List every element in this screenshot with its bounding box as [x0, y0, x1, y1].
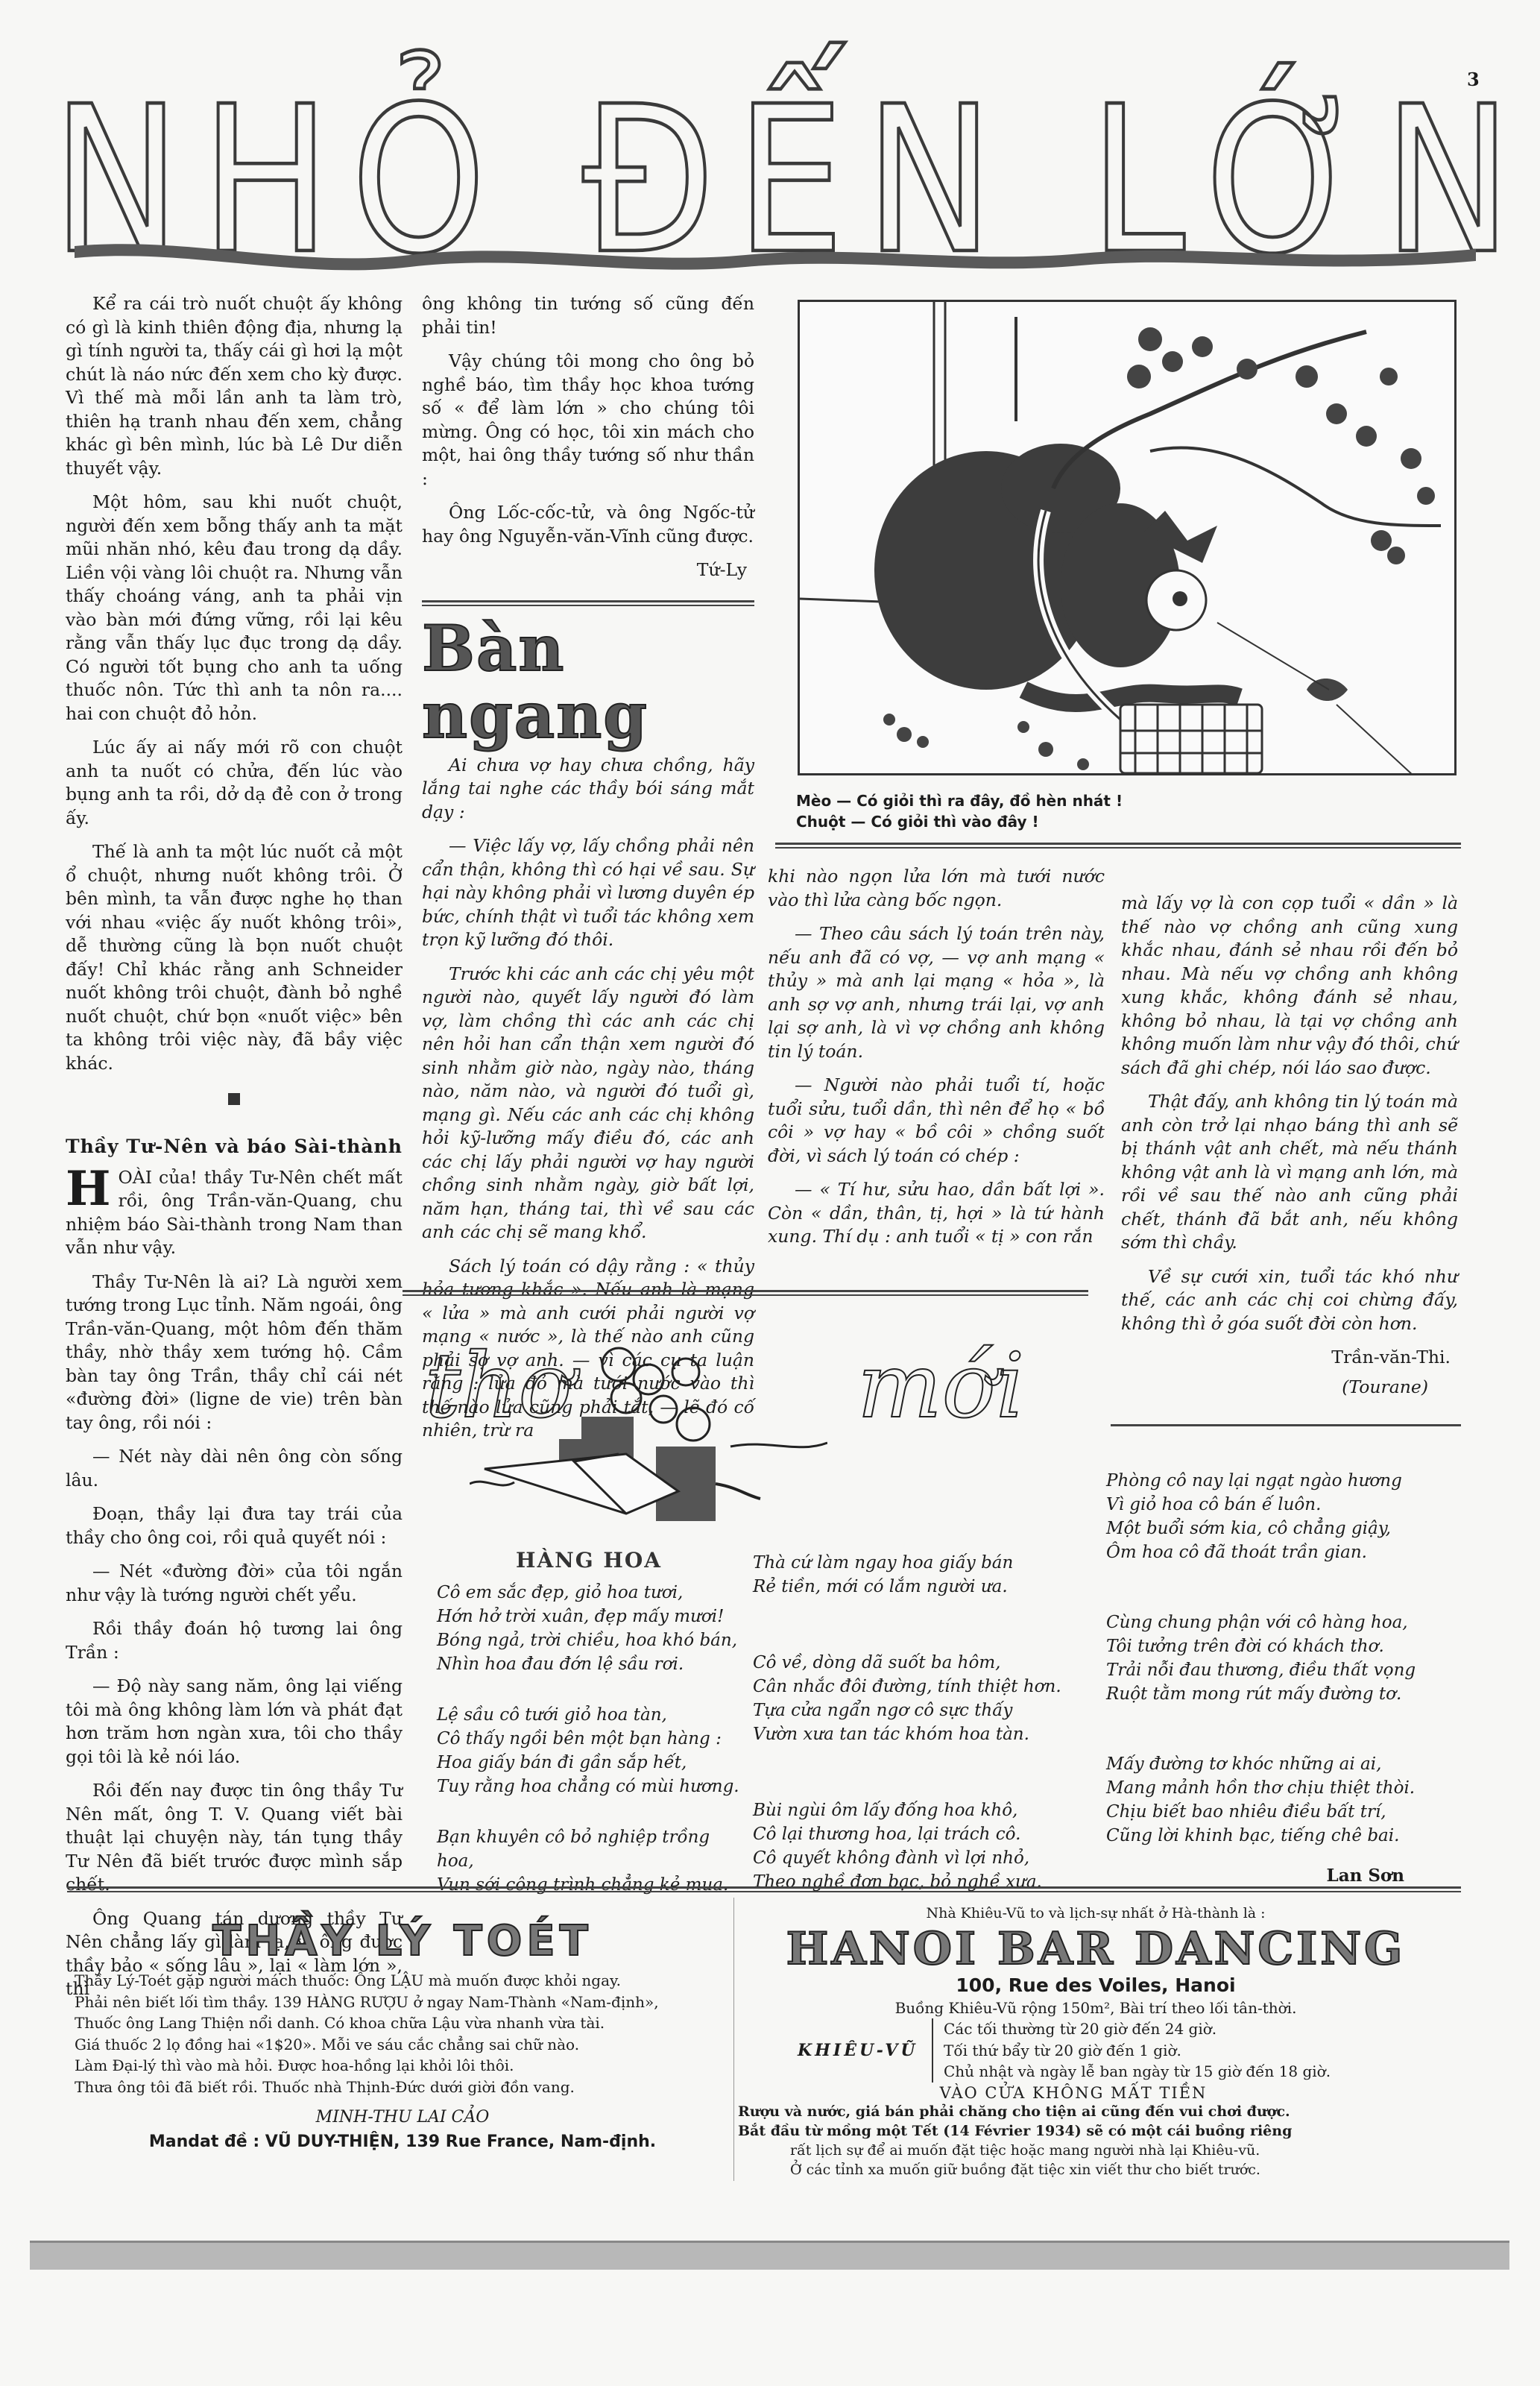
page-bottom-edge	[30, 2241, 1509, 2270]
poem-column-1: Cô em sắc đẹp, giỏ hoa tươi, Hớn hở trời…	[437, 1581, 750, 1924]
article-paragraph: — « Tí hư, sửu hao, dần bất lợi ». Còn «…	[768, 1178, 1105, 1249]
cat-mouse-illustration	[798, 300, 1457, 775]
ad-schedule: KHIÊU-VŨ Các tối thường từ 20 giờ đến 24…	[798, 2018, 1454, 2083]
article-paragraph: Trước khi các anh các chị yêu một người …	[422, 963, 754, 1244]
ad-ly-toet: THẦY LÝ TOÉT Thầy Lý-Toét gặp người mách…	[75, 1916, 730, 2151]
article-paragraph: Một hôm, sau khi nuốt chuột, người đến x…	[66, 491, 403, 725]
ads-vertical-divider	[733, 1898, 734, 2181]
ad-title: THẦY LÝ TOÉT	[75, 1916, 730, 1967]
ad-room: Buồng Khiêu-Vũ rộng 150m², Bài trí theo …	[738, 1998, 1454, 2019]
ad-address: 100, Rue des Voiles, Hanoi	[738, 1974, 1454, 1998]
column-2: ông không tin tướng số cũng đến phải tin…	[422, 292, 754, 1453]
stanza: Bùi ngùi ôm lấy đống hoa khô, Cô lại thư…	[753, 1798, 1096, 1894]
stanza: Phòng cô nay lại ngạt ngào hương Vì giỏ …	[1106, 1469, 1449, 1564]
article-paragraph: Thế là anh ta một lúc nuốt cả một ổ chuộ…	[66, 840, 403, 1075]
poem-column-2: Thà cứ làm ngay hoa giấy bán Rẻ tiền, mớ…	[753, 1551, 1096, 1921]
cat-icon	[800, 302, 1454, 773]
article-paragraph: Đoạn, thầy lại đưa tay trái của thầy cho…	[66, 1502, 403, 1549]
masthead-wave-divider	[75, 239, 1476, 271]
article-title: Thầy Tư-Nên và báo Sài-thành	[66, 1135, 403, 1159]
stanza: Cô em sắc đẹp, giỏ hoa tươi, Hớn hở trời…	[437, 1581, 750, 1676]
drop-cap: H	[66, 1169, 110, 1209]
article-paragraph: Rồi thầy đoán hộ tương lai ông Trần :	[66, 1617, 403, 1664]
caption-line-cat: Mèo — Có giỏi thì ra đây, đồ hèn nhát !	[796, 790, 1452, 811]
article-paragraph: khi nào ngọn lửa lớn mà tưới nước vào th…	[768, 865, 1105, 912]
section-divider	[422, 600, 754, 606]
article-paragraph: — Nét «đường đời» của tôi ngắn như vậy l…	[66, 1560, 403, 1607]
section-divider	[403, 1290, 1088, 1296]
schedule-label: KHIÊU-VŨ	[798, 2041, 932, 2060]
article-paragraph: — Việc lấy vợ, lấy chồng phải nên cẩn th…	[422, 834, 754, 952]
article-paragraph: Lúc ấy ai nấy mới rõ con chuột anh ta nu…	[66, 736, 403, 830]
ads-divider	[67, 1886, 1461, 1892]
ad-mandat: Mandat đề : VŨ DUY-THIỆN, 139 Rue France…	[75, 2132, 730, 2151]
article-paragraph: Rồi đến nay được tin ông thầy Tư Nên mất…	[66, 1779, 403, 1897]
ad-free-entry: VÀO CỬA KHÔNG MẤT TIỀN	[693, 2084, 1454, 2102]
poem-title: HÀNG HOA	[417, 1548, 760, 1573]
article-paragraph: Ông Lốc-cốc-tử, và ông Ngốc-tử hay ông N…	[422, 501, 754, 548]
poetry-header-right: mới	[857, 1335, 1024, 1438]
article-paragraph: Vậy chúng tôi mong cho ông bỏ nghề báo, …	[422, 350, 754, 491]
article-paragraph: — Theo câu sách lý toán trên này, nếu an…	[768, 922, 1105, 1063]
ad-body: Rượu và nước, giá bán phải chăng cho tiệ…	[738, 2102, 1454, 2179]
column-1: Kể ra cái trò nuốt chuột ấy không có gì …	[66, 292, 403, 2012]
article-paragraph: Về sự cưới xin, tuổi tác khó như thế, cá…	[1121, 1265, 1458, 1336]
column-3: khi nào ngọn lửa lớn mà tưới nước vào th…	[768, 865, 1105, 1259]
article-paragraph: — Người nào phải tuổi tí, hoặc tuổi sửu,…	[768, 1074, 1105, 1168]
stanza: Mấy đường tơ khóc những ai ai, Mang mảnh…	[1106, 1752, 1449, 1848]
article-paragraph: Thật đấy, anh không tin lý toán mà anh c…	[1121, 1090, 1458, 1255]
article-lead: HOÀI của! thầy Tư-Nên chết mất rồi, ông …	[66, 1166, 403, 1260]
ad-body: Thầy Lý-Toét gặp người mách thuốc: Ông L…	[75, 1970, 730, 2097]
poetry-divider-right	[1111, 1424, 1461, 1426]
article-paragraph: mà lấy vợ là con cọp tuổi « dần » là thế…	[1121, 892, 1458, 1080]
section-divider	[775, 843, 1461, 849]
article-paragraph: Kể ra cái trò nuốt chuột ấy không có gì …	[66, 292, 403, 480]
book-flower-icon	[470, 1335, 827, 1529]
stanza: Thà cứ làm ngay hoa giấy bán Rẻ tiền, mớ…	[753, 1551, 1096, 1599]
section-ornament	[228, 1093, 240, 1105]
stanza: Lệ sầu cô tưới giỏ hoa tàn, Cô thấy ngồi…	[437, 1703, 750, 1798]
article-paragraph: — Độ này sang năm, ông lại viếng tôi mà …	[66, 1675, 403, 1769]
article-paragraph: Thầy Tư-Nên là ai? Là người xem tướng tr…	[66, 1271, 403, 1435]
ad-title: HANOI BAR DANCING	[738, 1924, 1454, 1974]
poem-column-3: Phòng cô nay lại ngạt ngào hương Vì giỏ …	[1106, 1469, 1449, 1888]
ad-credit: MINH-THU LAI CẢO	[75, 2108, 730, 2127]
stanza: Cô về, dòng dã suốt ba hôm, Cân nhắc đôi…	[753, 1651, 1096, 1746]
poem-author: Lan Sơn	[1106, 1864, 1404, 1888]
article-paragraph: — Nét này dài nên ông còn sống lâu.	[66, 1445, 403, 1492]
caption-line-mouse: Chuột — Có giỏi thì vào đây !	[796, 811, 1452, 832]
ad-intro: Nhà Khiêu-Vũ to và lịch-sự nhất ở Hà-thà…	[738, 1903, 1454, 1924]
stanza: Cùng chung phận với cô hàng hoa, Tôi tưở…	[1106, 1611, 1449, 1706]
ad-hanoi-bar-dancing: Nhà Khiêu-Vũ to và lịch-sự nhất ở Hà-thà…	[738, 1903, 1454, 2179]
author-location: (Tourane)	[1121, 1376, 1428, 1400]
ban-ngang-title: Bàn ngang	[422, 615, 754, 749]
column-4: mà lấy vợ là con cọp tuổi « dần » là thế…	[1121, 892, 1458, 1399]
author-signature: Trần-văn-Thi.	[1121, 1346, 1451, 1370]
article-paragraph: ông không tin tướng số cũng đến phải tin…	[422, 292, 754, 339]
illustration-caption: Mèo — Có giỏi thì ra đây, đồ hèn nhát ! …	[796, 790, 1452, 832]
author-signature: Tứ-Ly	[422, 558, 747, 582]
article-paragraph: Ai chưa vợ hay chưa chồng, hãy lắng tai …	[422, 754, 754, 825]
